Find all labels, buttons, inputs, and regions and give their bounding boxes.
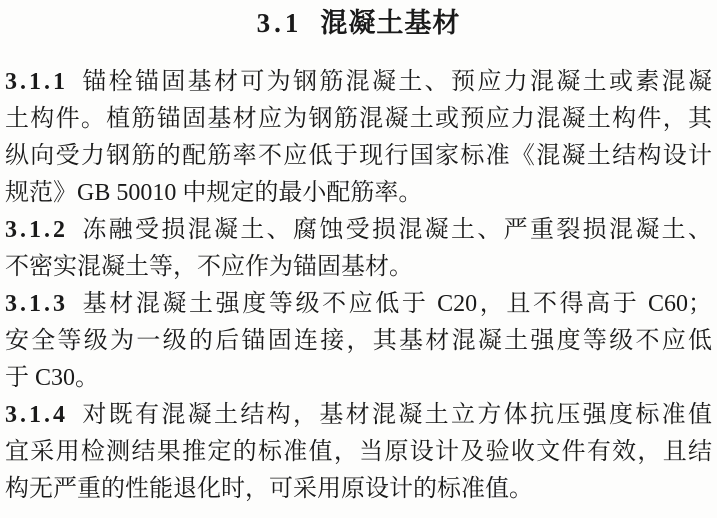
section-number: 3.1 <box>257 8 303 38</box>
clause-line: 不密实混凝土等，不应作为锚固基材。 <box>5 249 712 286</box>
clause-number: 3.1.3 <box>5 291 68 317</box>
clause-3-1-1: 3.1.1锚栓锚固基材可为钢筋混凝土、预应力混凝土或素混凝 土构件。植筋锚固基材… <box>5 64 712 212</box>
clause-line: 构无严重的性能退化时，可采用原设计的标准值。 <box>5 471 712 508</box>
clause-line: 于 C30。 <box>5 360 712 397</box>
clause-line: 土构件。植筋锚固基材应为钢筋混凝土或预应力混凝土构件，其 <box>5 101 712 138</box>
clause-line: 3.1.4对既有混凝土结构，基材混凝土立方体抗压强度标准值 <box>5 397 712 434</box>
clause-3-1-3: 3.1.3基材混凝土强度等级不应低于 C20，且不得高于 C60； 安全等级为一… <box>5 286 712 397</box>
clause-text: 对既有混凝土结构，基材混凝土立方体抗压强度标准值 <box>80 402 712 428</box>
clause-line: 纵向受力钢筋的配筋率不应低于现行国家标准《混凝土结构设计 <box>5 138 712 175</box>
clause-line: 安全等级为一级的后锚固连接，其基材混凝土强度等级不应低 <box>5 323 712 360</box>
clause-line: 3.1.1锚栓锚固基材可为钢筋混凝土、预应力混凝土或素混凝 <box>5 64 712 101</box>
clause-3-1-4: 3.1.4对既有混凝土结构，基材混凝土立方体抗压强度标准值 宜采用检测结果推定的… <box>5 397 712 508</box>
clause-line: 规范》GB 50010 中规定的最小配筋率。 <box>5 175 712 212</box>
section-title: 混凝土基材 <box>320 8 460 38</box>
clause-line: 3.1.2冻融受损混凝土、腐蚀受损混凝土、严重裂损混凝土、 <box>5 212 712 249</box>
clause-text: 锚栓锚固基材可为钢筋混凝土、预应力混凝土或素混凝 <box>80 69 712 95</box>
document-page: 3.1混凝土基材 3.1.1锚栓锚固基材可为钢筋混凝土、预应力混凝土或素混凝 土… <box>0 0 717 518</box>
clause-number: 3.1.1 <box>5 69 68 95</box>
clause-3-1-2: 3.1.2冻融受损混凝土、腐蚀受损混凝土、严重裂损混凝土、 不密实混凝土等，不应… <box>5 212 712 286</box>
clause-number: 3.1.2 <box>5 217 68 243</box>
clause-number: 3.1.4 <box>5 402 68 428</box>
section-heading: 3.1混凝土基材 <box>5 6 712 40</box>
clause-line: 3.1.3基材混凝土强度等级不应低于 C20，且不得高于 C60； <box>5 286 712 323</box>
clause-text: 基材混凝土强度等级不应低于 C20，且不得高于 C60； <box>80 291 712 317</box>
clause-line: 宜采用检测结果推定的标准值，当原设计及验收文件有效，且结 <box>5 434 712 471</box>
clause-text: 冻融受损混凝土、腐蚀受损混凝土、严重裂损混凝土、 <box>80 217 712 243</box>
